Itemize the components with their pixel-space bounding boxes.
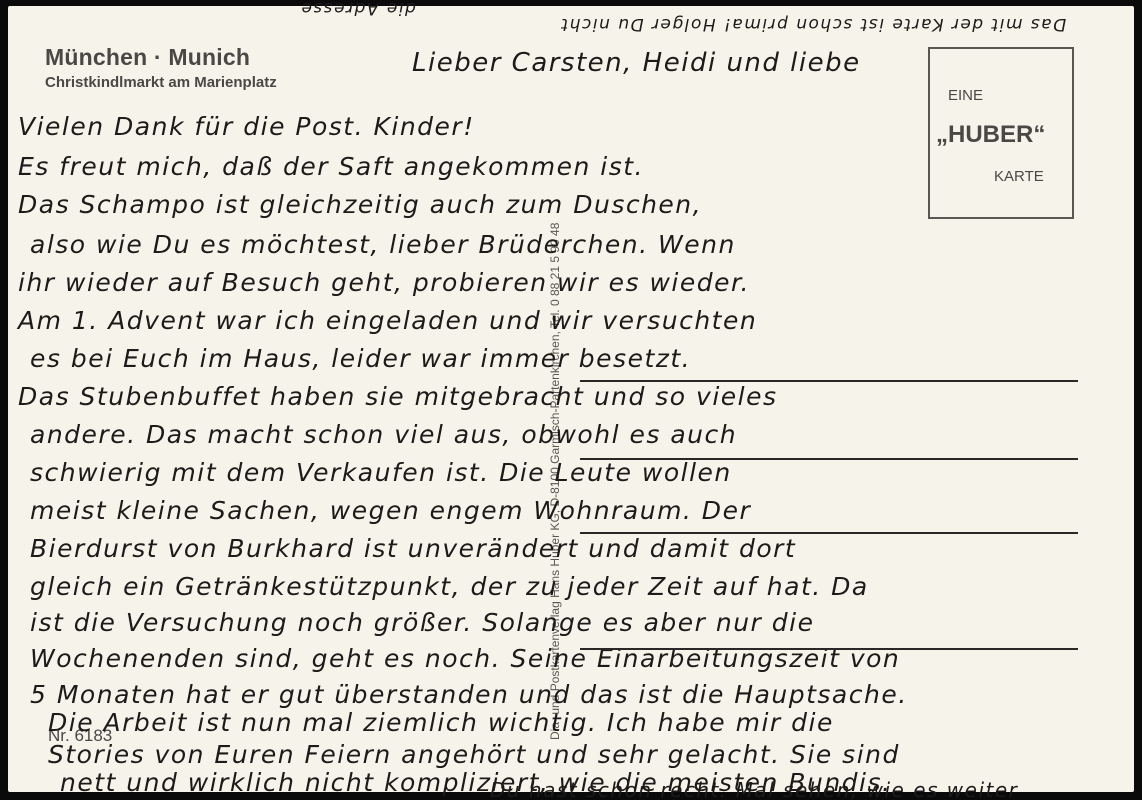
letter-line: Das Schampo ist gleichzeitig auch zum Du…	[18, 190, 702, 219]
address-line	[580, 648, 1078, 650]
stamp-box: EINE „HUBER“ KARTE	[928, 47, 1074, 219]
letter-line: schwierig mit dem Verkaufen ist. Die Leu…	[30, 458, 732, 487]
stamp-label-huber: „HUBER“	[936, 121, 1045, 149]
letter-line: Vielen Dank für die Post. Kinder!	[18, 112, 475, 141]
upside-down-note-2: die Adresse	[300, 0, 416, 18]
address-line	[580, 380, 1078, 382]
letter-line: also wie Du es möchtest, lieber Brüderch…	[30, 230, 736, 259]
greeting: Lieber Carsten, Heidi und liebe	[412, 48, 861, 78]
letter-line: Bierdurst von Burkhard ist unverändert u…	[30, 534, 796, 563]
margin-scribble	[1112, 690, 1126, 780]
letter-line: ist die Versuchung noch größer. Solange …	[30, 608, 814, 637]
letter-line: Stories von Euren Feiern angehört und se…	[48, 740, 900, 769]
letter-line: gleich ein Getränkestützpunkt, der zu je…	[30, 572, 869, 601]
letter-line: 5 Monaten hat er gut überstanden und das…	[30, 680, 908, 709]
letter-line: Am 1. Advent war ich eingeladen und wir …	[18, 306, 757, 335]
postcard-title: München · Munich	[45, 44, 250, 71]
letter-line: andere. Das macht schon viel aus, obwohl…	[30, 420, 737, 449]
letter-line: meist kleine Sachen, wegen engem Wohnrau…	[30, 496, 751, 525]
postcard-subtitle: Christkindlmarkt am Marienplatz	[45, 74, 277, 91]
letter-line: Das Stubenbuffet haben sie mitgebracht u…	[18, 382, 778, 411]
stamp-label-eine: EINE	[948, 87, 983, 104]
letter-line: ihr wieder auf Besuch geht, probieren wi…	[18, 268, 750, 297]
upside-down-note-1: Das mit der Karte ist schon prima! Holge…	[560, 14, 1066, 34]
letter-line: Du hast schon recht. Mal sehen, wie es w…	[490, 778, 1018, 800]
letter-line: es bei Euch im Haus, leider war immer be…	[30, 344, 691, 373]
address-line	[580, 458, 1078, 460]
stamp-label-karte: KARTE	[994, 168, 1044, 185]
letter-line: Es freut mich, daß der Saft angekommen i…	[18, 152, 644, 181]
letter-line: Die Arbeit ist nun mal ziemlich wichtig.…	[48, 708, 834, 737]
address-line	[580, 532, 1078, 534]
